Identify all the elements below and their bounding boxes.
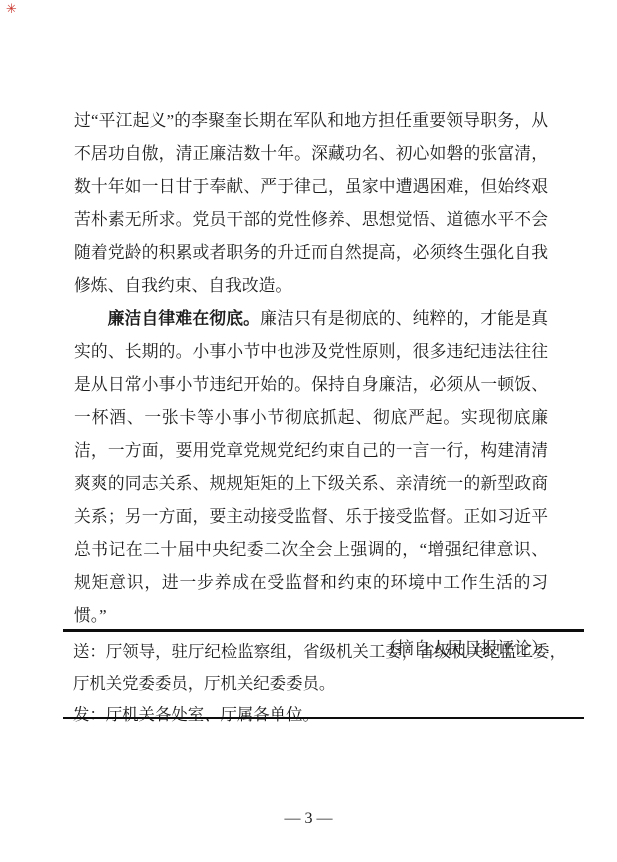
document-page: ✳ 过“平江起义”的李聚奎长期在军队和地方担任重要领导职务，从不居功自傲，清正廉… [0,0,617,862]
send-to-line: 送：厅领导，驻厅纪检监察组，省级机关工委，省级机关纪监工委，厅机关党委委员，厅机… [73,636,566,699]
issued-to-line: 发：厅机关各处室、厅属各单位。 [73,699,566,731]
paragraph-2-bold-lead: 廉洁自律难在彻底。 [108,309,261,328]
document-body: 过“平江起义”的李聚奎长期在军队和地方担任重要领导职务，从不居功自傲，清正廉洁数… [74,104,548,665]
page-number: — 3 — [0,808,617,830]
paragraph-2-text: 廉洁只有是彻底的、纯粹的，才能是真实的、长期的。小事小节中也涉及党性原则，很多违… [74,309,548,625]
body-paragraph-2: 廉洁自律难在彻底。廉洁只有是彻底的、纯粹的，才能是真实的、长期的。小事小节中也涉… [74,302,548,632]
body-paragraph-1: 过“平江起义”的李聚奎长期在军队和地方担任重要领导职务，从不居功自傲，清正廉洁数… [74,104,548,302]
footer-top-divider [63,629,584,632]
red-corner-mark-icon: ✳ [6,3,17,16]
footer-bottom-divider [63,717,584,719]
